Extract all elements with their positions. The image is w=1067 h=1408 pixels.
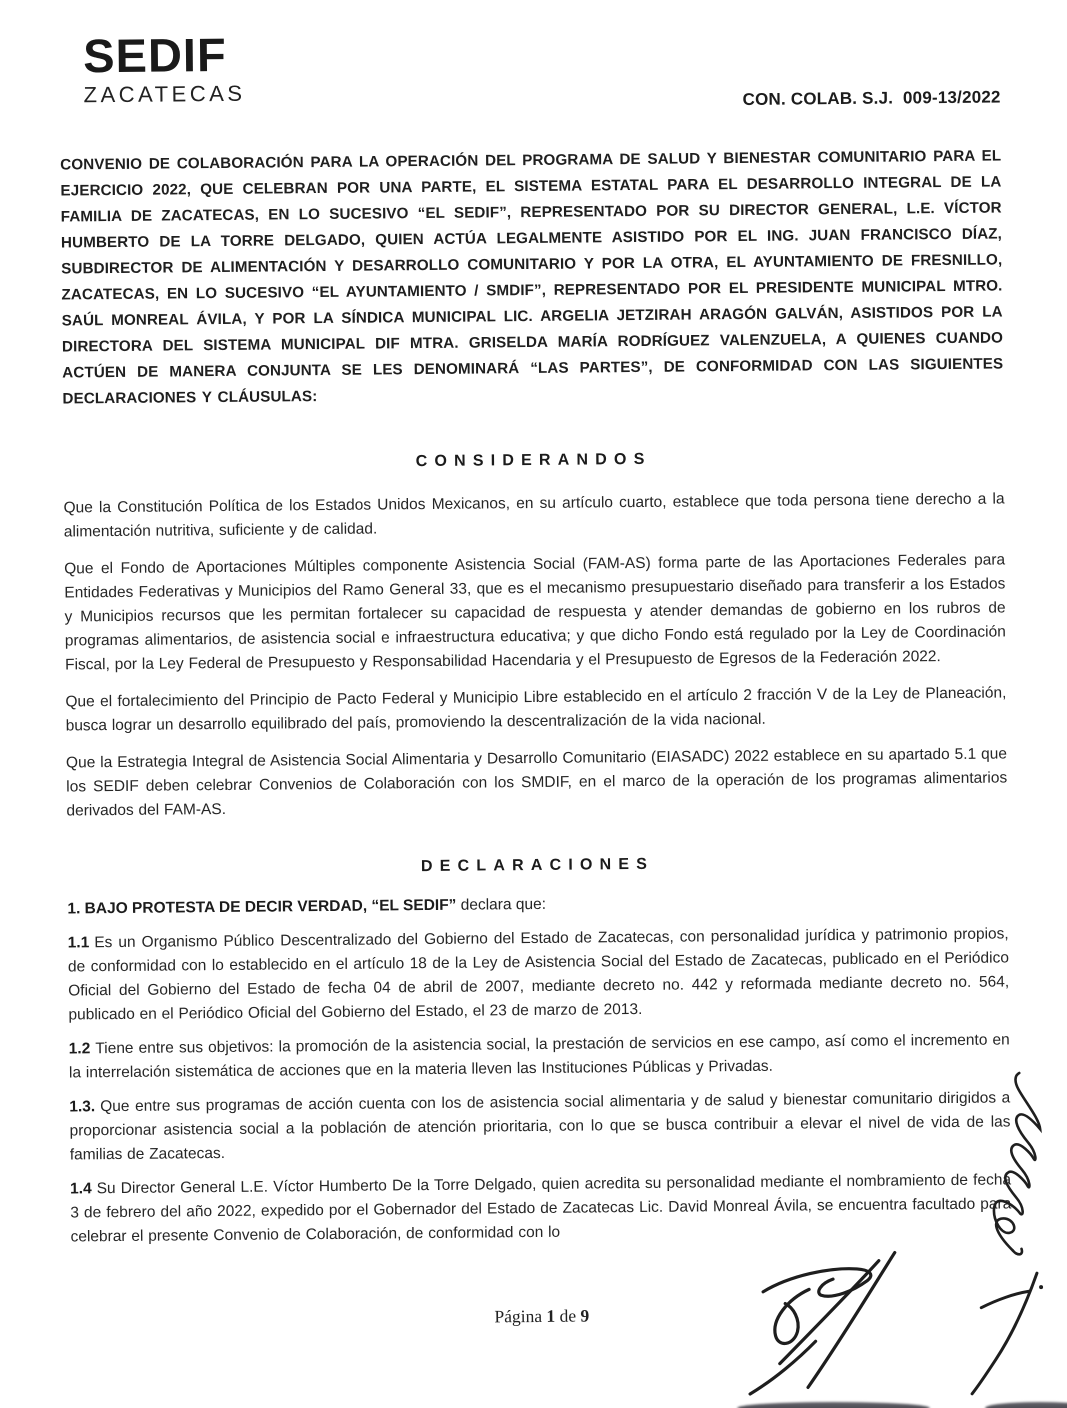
page-total: 9 <box>580 1305 589 1325</box>
clause-number: 1.4 <box>70 1180 92 1197</box>
declaration-intro-bold: 1. BAJO PROTESTA DE DECIR VERDAD, “EL SE… <box>67 897 456 918</box>
clause-text: Su Director General L.E. Víctor Humberto… <box>70 1171 1011 1245</box>
clause-number: 1.2 <box>69 1040 91 1057</box>
page-of-label: de <box>559 1306 576 1326</box>
document-reference-number: CON. COLAB. S.J. 009-13/2022 <box>742 87 1000 109</box>
scan-content: SEDIF ZACATECAS CON. COLAB. S.J. 009-13/… <box>0 0 1067 1408</box>
clause-1-2: 1.2Tiene entre sus objetivos: la promoci… <box>69 1028 1010 1085</box>
intro-paragraph: CONVENIO DE COLABORACIÓN PARA LA OPERACI… <box>60 143 1003 412</box>
page-number-footer: Página 1 de 9 <box>71 1301 1012 1331</box>
sedif-logo: SEDIF ZACATECAS <box>83 29 246 108</box>
declaration-intro: 1. BAJO PROTESTA DE DECIR VERDAD, “EL SE… <box>67 888 1008 921</box>
declaraciones-heading: DECLARACIONES <box>67 848 1008 883</box>
signature-bottom-right <box>953 1267 1054 1400</box>
clause-number: 1.3. <box>69 1098 95 1115</box>
clause-number: 1.1 <box>68 934 90 951</box>
considerando-paragraph: Que el fortalecimiento del Principio de … <box>65 681 1006 738</box>
clause-text: Que entre sus programas de acción cuenta… <box>69 1089 1010 1163</box>
considerando-paragraph: Que el Fondo de Aportaciones Múltiples c… <box>64 548 1006 677</box>
logo-title: SEDIF <box>83 29 245 83</box>
clause-1-1: 1.1Es un Organismo Público Descentraliza… <box>68 922 1010 1027</box>
scan-shadow-bar <box>737 1402 930 1408</box>
logo-subtitle: ZACATECAS <box>83 82 245 108</box>
page-label: Página <box>494 1306 542 1326</box>
document-body: CONVENIO DE COLABORACIÓN PARA LA OPERACI… <box>60 143 1012 1259</box>
considerando-paragraph: Que la Constitución Política de los Esta… <box>63 487 1004 544</box>
declaration-intro-rest: declara que: <box>456 896 546 914</box>
clause-text: Es un Organismo Público Descentralizado … <box>68 925 1009 1023</box>
clause-1-3: 1.3.Que entre sus programas de acción cu… <box>69 1086 1011 1167</box>
page-current: 1 <box>546 1306 555 1326</box>
clause-1-4: 1.4Su Director General L.E. Víctor Humbe… <box>70 1168 1012 1249</box>
considerandos-heading: CONSIDERANDOS <box>63 443 1004 478</box>
scanned-document-page: SEDIF ZACATECAS CON. COLAB. S.J. 009-13/… <box>0 0 1067 1408</box>
considerando-paragraph: Que la Estrategia Integral de Asistencia… <box>66 742 1008 823</box>
clause-text: Tiene entre sus objetivos: la promoción … <box>69 1031 1010 1081</box>
